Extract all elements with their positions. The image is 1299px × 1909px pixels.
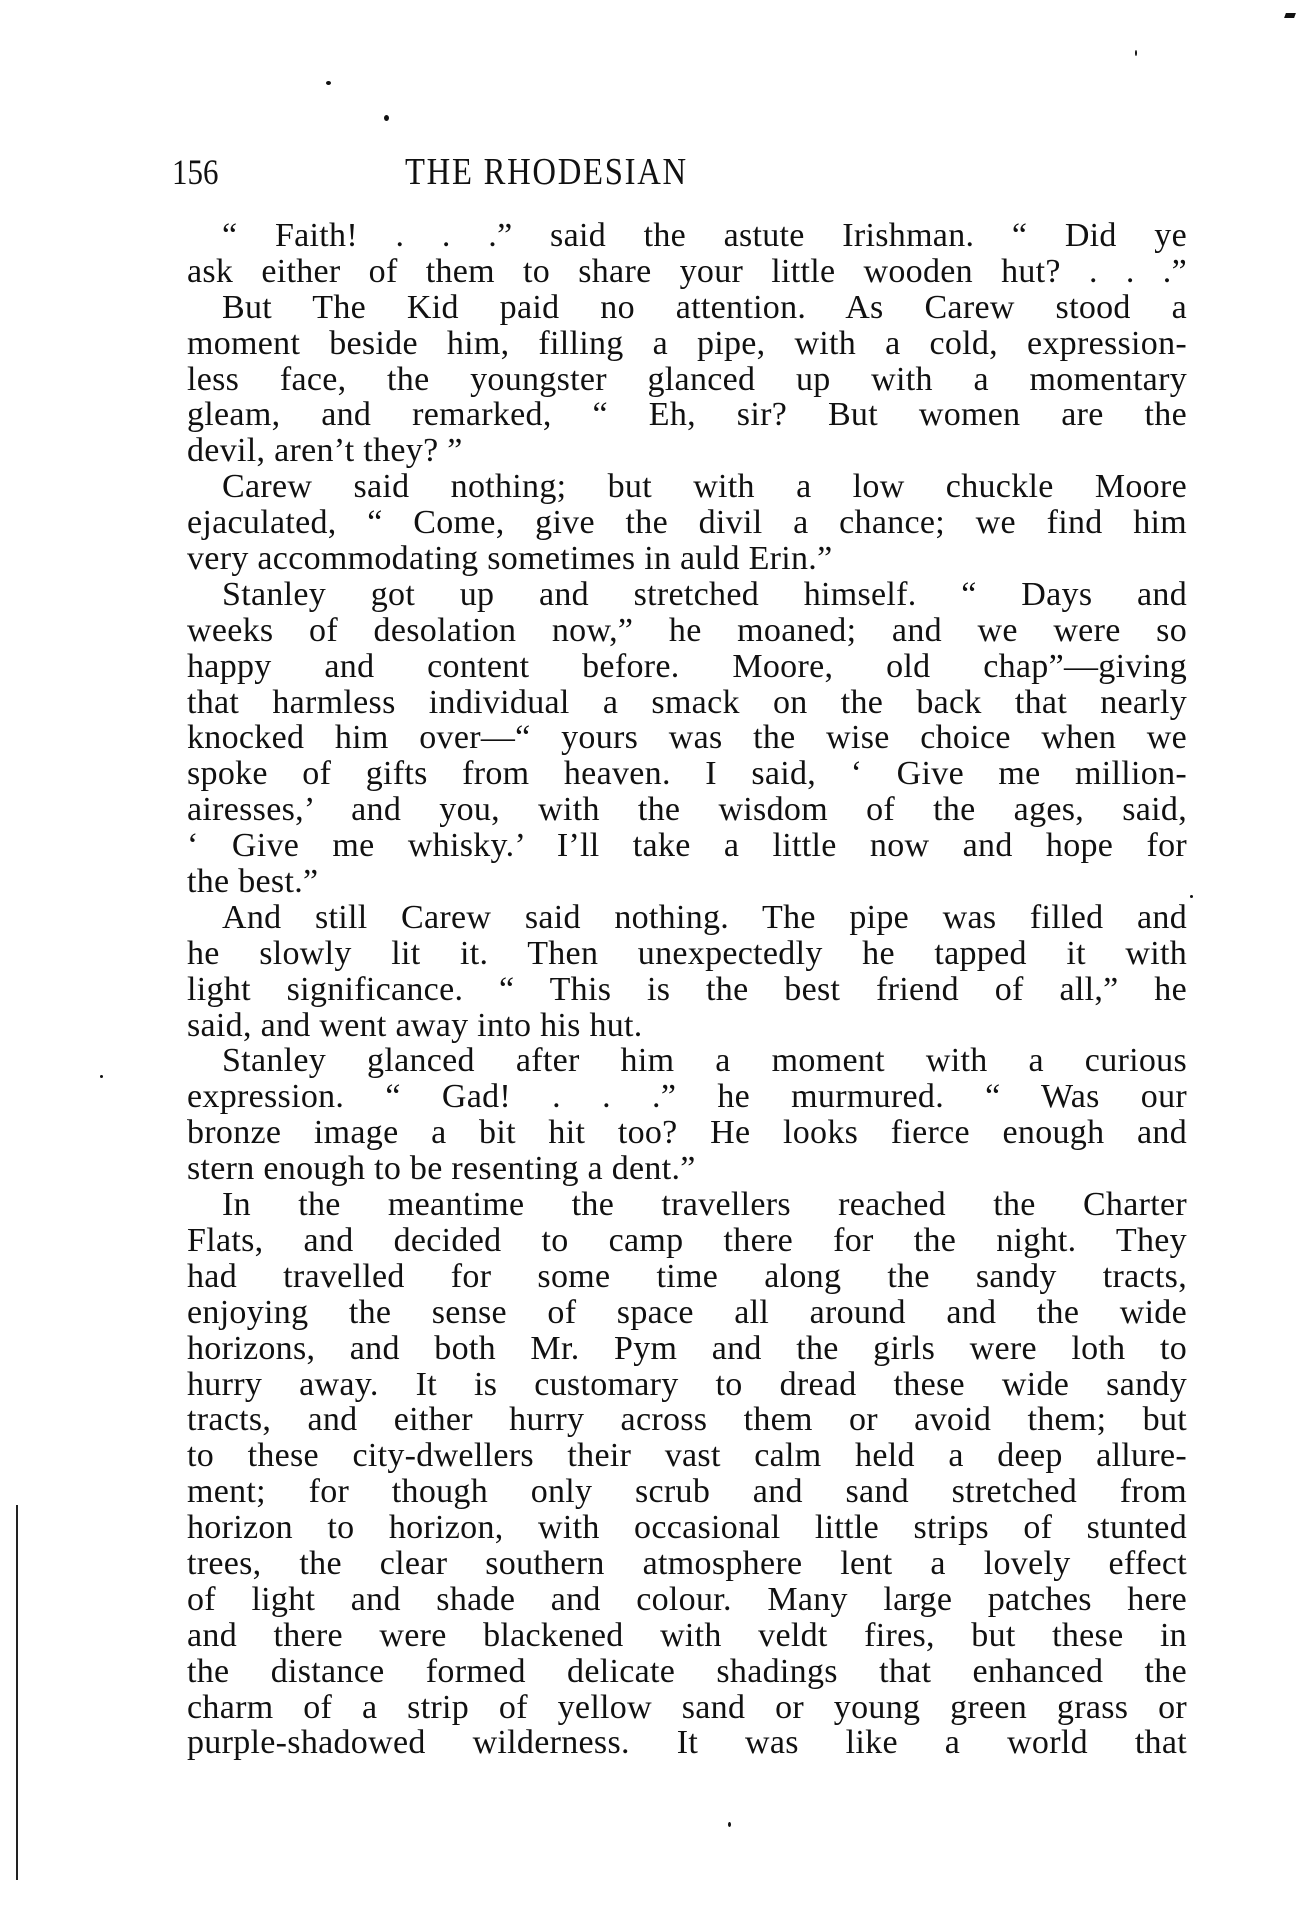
text-line: of light and shade and colour. Many larg…	[187, 1582, 1187, 1618]
text-line: bronze image a bit hit too? He looks fie…	[187, 1115, 1187, 1151]
text-line: the best.”	[187, 864, 1187, 900]
scan-speck	[326, 81, 331, 85]
scan-speck	[1135, 50, 1137, 56]
text-line: Flats, and decided to camp there for the…	[187, 1223, 1187, 1259]
paragraph-first-line: Stanley glanced after him a moment with …	[187, 1043, 1187, 1079]
text-line: the distance formed delicate shadings th…	[187, 1654, 1187, 1690]
text-line: that harmless individual a smack on the …	[187, 685, 1187, 721]
text-line: to these city-dwellers their vast calm h…	[187, 1438, 1187, 1474]
text-line: horizon to horizon, with occasional litt…	[187, 1510, 1187, 1546]
body-text: “ Faith! . . .” said the astute Irishman…	[187, 218, 1187, 1761]
text-line: less face, the youngster glanced up with…	[187, 362, 1187, 398]
text-line: ment; for though only scrub and sand str…	[187, 1474, 1187, 1510]
text-line: moment beside him, filling a pipe, with …	[187, 326, 1187, 362]
text-line: said, and went away into his hut.	[187, 1008, 1187, 1044]
text-line: airesses,’ and you, with the wisdom of t…	[187, 792, 1187, 828]
paragraph-first-line: In the meantime the travellers reached t…	[187, 1187, 1187, 1223]
paragraph-first-line: But The Kid paid no attention. As Carew …	[187, 290, 1187, 326]
text-line: ejaculated, “ Come, give the divil a cha…	[187, 505, 1187, 541]
book-page: 156 THE RHODESIAN “ Faith! . . .” said t…	[0, 0, 1299, 1909]
scan-speck	[100, 1075, 103, 1078]
page-number: 156	[172, 150, 218, 194]
text-line: very accommodating sometimes in auld Eri…	[187, 541, 1187, 577]
text-line: purple-shadowed wilderness. It was like …	[187, 1725, 1187, 1761]
scan-corner-mark	[1284, 13, 1296, 18]
paragraph-first-line: Stanley got up and stretched himself. “ …	[187, 577, 1187, 613]
text-line: hurry away. It is customary to dread the…	[187, 1367, 1187, 1403]
text-line: enjoying the sense of space all around a…	[187, 1295, 1187, 1331]
scan-speck	[384, 115, 389, 121]
paragraph-first-line: “ Faith! . . .” said the astute Irishman…	[187, 218, 1187, 254]
text-line: ‘ Give me whisky.’ I’ll take a little no…	[187, 828, 1187, 864]
text-line: he slowly lit it. Then unexpectedly he t…	[187, 936, 1187, 972]
text-line: devil, aren’t they? ”	[187, 433, 1187, 469]
text-line: charm of a strip of yellow sand or young…	[187, 1690, 1187, 1726]
text-line: trees, the clear southern atmosphere len…	[187, 1546, 1187, 1582]
page-binding-edge-line	[16, 1505, 18, 1880]
text-line: spoke of gifts from heaven. I said, ‘ Gi…	[187, 756, 1187, 792]
running-title: THE RHODESIAN	[405, 150, 688, 194]
running-head: 156 THE RHODESIAN	[172, 150, 1187, 194]
text-line: and there were blackened with veldt fire…	[187, 1618, 1187, 1654]
scan-speck	[1190, 895, 1193, 898]
text-line: tracts, and either hurry across them or …	[187, 1402, 1187, 1438]
scan-speck	[728, 1822, 731, 1827]
text-line: weeks of desolation now,” he moaned; and…	[187, 613, 1187, 649]
text-line: happy and content before. Moore, old cha…	[187, 649, 1187, 685]
text-line: light significance. “ This is the best f…	[187, 972, 1187, 1008]
paragraph-first-line: And still Carew said nothing. The pipe w…	[187, 900, 1187, 936]
text-line: had travelled for some time along the sa…	[187, 1259, 1187, 1295]
text-line: gleam, and remarked, “ Eh, sir? But wome…	[187, 397, 1187, 433]
text-line: horizons, and both Mr. Pym and the girls…	[187, 1331, 1187, 1367]
text-line: expression. “ Gad! . . .” he murmured. “…	[187, 1079, 1187, 1115]
text-line: knocked him over—“ yours was the wise ch…	[187, 720, 1187, 756]
text-line: ask either of them to share your little …	[187, 254, 1187, 290]
paragraph-first-line: Carew said nothing; but with a low chuck…	[187, 469, 1187, 505]
text-line: stern enough to be resenting a dent.”	[187, 1151, 1187, 1187]
